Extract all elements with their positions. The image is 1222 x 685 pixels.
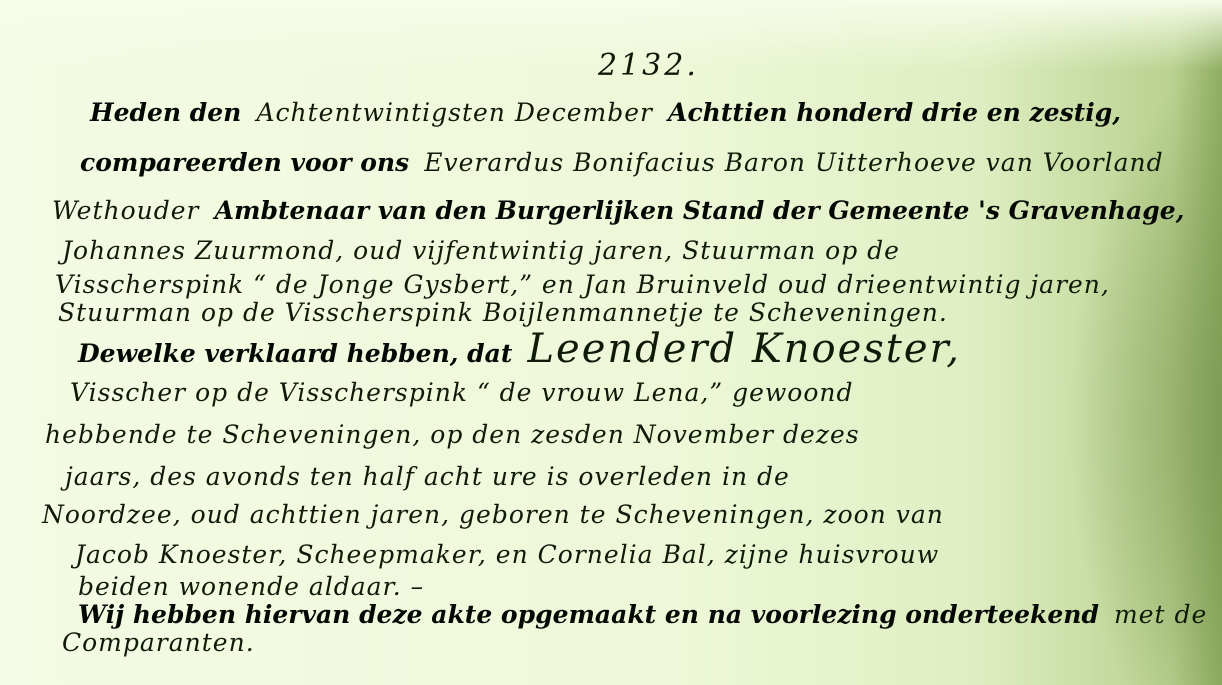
printed-closing: Wij hebben hiervan deze akte opgemaakt e… bbox=[78, 600, 1099, 629]
handwritten-official-name: Everardus Bonifacius Baron Uitterhoeve v… bbox=[424, 148, 1163, 177]
text-line-3: Wethouder Ambtenaar van den Burgerlijken… bbox=[52, 196, 1184, 225]
text-line-5: Visscherspink “ de Jonge Gysbert,” en Ja… bbox=[55, 270, 1110, 299]
handwritten-text: Stuurman op de Visscherspink Boijlenmann… bbox=[58, 298, 948, 327]
handwritten-date: Achtentwintigsten December bbox=[256, 98, 653, 127]
text-line-10: jaars, des avonds ten half acht ure is o… bbox=[65, 462, 790, 491]
text-line-8: Visscher op de Visscherspink “ de vrouw … bbox=[70, 378, 853, 407]
text-line-13: beiden wonende aldaar. – bbox=[78, 572, 424, 601]
handwritten-text: jaars, des avonds ten half acht ure is o… bbox=[65, 462, 790, 491]
text-line-4: Johannes Zuurmond, oud vijfentwintig jar… bbox=[62, 236, 900, 265]
printed-text: compareerden voor ons bbox=[80, 148, 409, 177]
text-line-2: compareerden voor ons Everardus Bonifaci… bbox=[80, 148, 1164, 177]
printed-year: Achttien honderd drie en zestig, bbox=[668, 98, 1121, 127]
text-line-7: Dewelke verklaard hebben, dat Leenderd K… bbox=[78, 326, 961, 372]
printed-text: Ambtenaar van den Burgerlijken Stand der… bbox=[215, 196, 1185, 225]
text-line-11: Noordzee, oud achttien jaren, geboren te… bbox=[42, 500, 944, 529]
text-line-1: Heden den Achtentwintigsten December Ach… bbox=[90, 98, 1121, 127]
handwritten-title: Wethouder bbox=[52, 196, 200, 225]
handwritten-text: beiden wonende aldaar. – bbox=[78, 572, 424, 601]
record-number: 2132. bbox=[598, 48, 699, 83]
handwritten-text: hebbende te Scheveningen, op den zesden … bbox=[45, 420, 860, 449]
printed-text: Dewelke verklaard hebben, dat bbox=[78, 339, 512, 368]
scanned-document-page: 2132. Heden den Achtentwintigsten Decemb… bbox=[0, 0, 1222, 685]
handwritten-text: Visscher op de Visscherspink “ de vrouw … bbox=[70, 378, 853, 407]
text-line-9: hebbende te Scheveningen, op den zesden … bbox=[45, 420, 860, 449]
printed-text: Heden den bbox=[90, 98, 241, 127]
text-line-14: Wij hebben hiervan deze akte opgemaakt e… bbox=[78, 600, 1207, 629]
handwritten-parents: Jacob Knoester, Scheepmaker, en Cornelia… bbox=[75, 540, 939, 569]
text-line-12: Jacob Knoester, Scheepmaker, en Cornelia… bbox=[75, 540, 939, 569]
handwritten-witness-1: Johannes Zuurmond, oud vijfentwintig jar… bbox=[62, 236, 900, 265]
deceased-name: Leenderd Knoester, bbox=[527, 326, 961, 372]
handwritten-text: met de bbox=[1114, 600, 1207, 629]
handwritten-text: Comparanten. bbox=[62, 628, 255, 657]
handwritten-text: Noordzee, oud achttien jaren, geboren te… bbox=[42, 500, 944, 529]
handwritten-witness-2: Visscherspink “ de Jonge Gysbert,” en Ja… bbox=[55, 270, 1110, 299]
text-line-6: Stuurman op de Visscherspink Boijlenmann… bbox=[58, 298, 948, 327]
text-line-15: Comparanten. bbox=[62, 628, 255, 657]
